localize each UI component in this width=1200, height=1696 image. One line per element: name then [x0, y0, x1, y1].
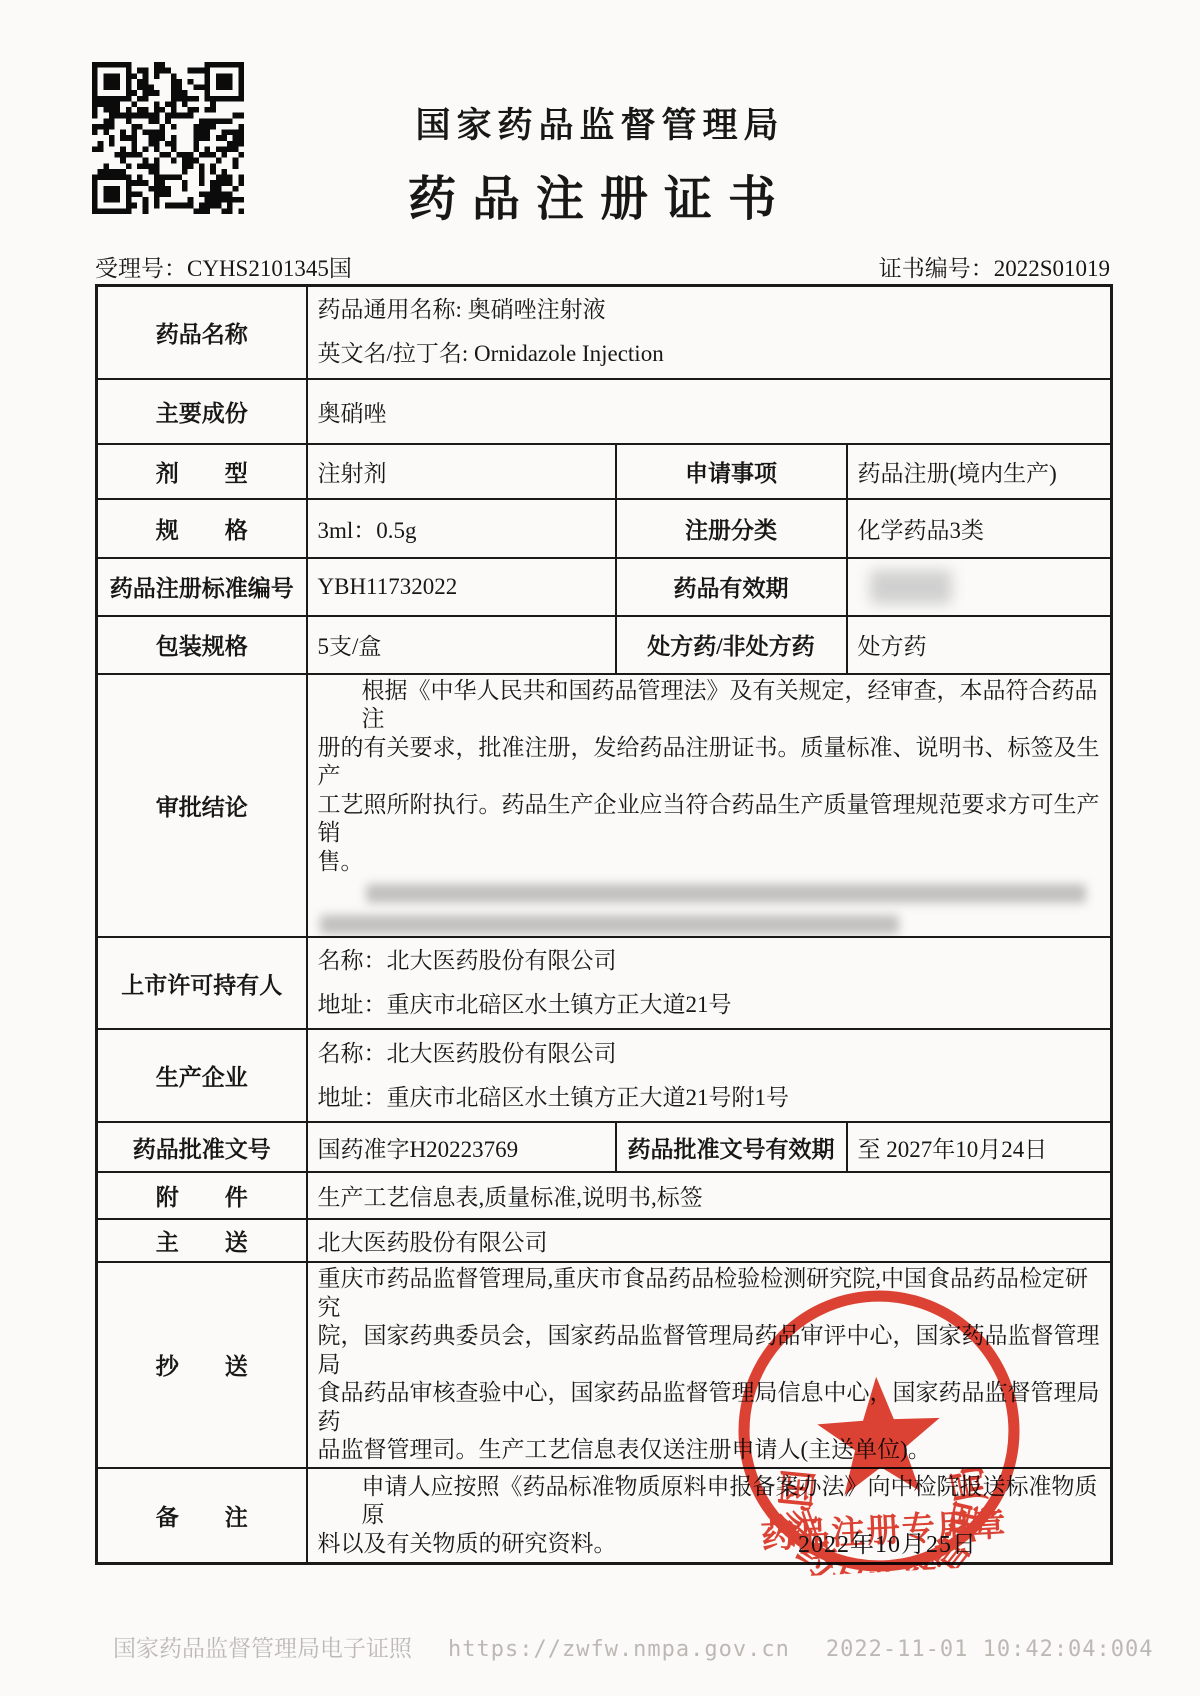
- approval-conclusion-label: 审批结论: [97, 674, 307, 938]
- footer-url: https://zwfw.nmpa.gov.cn: [448, 1637, 790, 1662]
- attachments-label: 附 件: [97, 1172, 307, 1219]
- row-approval-conclusion: 审批结论 根据《中华人民共和国药品管理法》及有关规定，经审查，本品符合药品注 册…: [97, 674, 1112, 938]
- manufacturer-value: 名称：北大医药股份有限公司 地址：重庆市北碚区水土镇方正大道21号附1号: [307, 1029, 1112, 1122]
- row-package: 包装规格 5支/盒 处方药/非处方药 处方药: [97, 616, 1112, 674]
- holder-address: 地址：重庆市北碚区水土镇方正大道21号: [318, 990, 1101, 1020]
- row-dosage-form: 剂 型 注射剂 申请事项 药品注册(境内生产): [97, 444, 1112, 499]
- remarks-label: 备 注: [97, 1468, 307, 1564]
- approval-no-label: 药品批准文号: [97, 1122, 307, 1172]
- seal-date: 2022年10月25日: [798, 1524, 977, 1559]
- row-standard-no: 药品注册标准编号 YBH11732022 药品有效期: [97, 558, 1112, 616]
- row-approval-no: 药品批准文号 国药准字H20223769 药品批准文号有效期 至 2027年10…: [97, 1122, 1112, 1172]
- validity-value: [847, 558, 1112, 616]
- row-manufacturer: 生产企业 名称：北大医药股份有限公司 地址：重庆市北碚区水土镇方正大道21号附1…: [97, 1029, 1112, 1122]
- reg-class-value: 化学药品3类: [847, 499, 1112, 558]
- acceptance-label: 受理号：: [95, 256, 187, 281]
- page-title: 药品注册证书: [0, 160, 1200, 229]
- rx-value: 处方药: [847, 616, 1112, 674]
- package-label: 包装规格: [97, 616, 307, 674]
- cc-label: 抄 送: [97, 1262, 307, 1468]
- holder-label: 上市许可持有人: [97, 937, 307, 1029]
- drug-name-value: 药品通用名称: 奥硝唑注射液 英文名/拉丁名: Ornidazole Injec…: [307, 286, 1112, 379]
- approval-line: 根据《中华人民共和国药品管理法》及有关规定，经审查，本品符合药品注: [318, 677, 1101, 734]
- redacted-validity-blur: [870, 570, 952, 604]
- row-drug-name: 药品名称 药品通用名称: 奥硝唑注射液 英文名/拉丁名: Ornidazole …: [97, 286, 1112, 379]
- row-spec: 规 格 3ml：0.5g 注册分类 化学药品3类: [97, 499, 1112, 558]
- redacted-text-blur: [366, 884, 1087, 903]
- row-attachments: 附 件 生产工艺信息表,质量标准,说明书,标签: [97, 1172, 1112, 1219]
- drug-english-name: 英文名/拉丁名: Ornidazole Injection: [318, 339, 1101, 369]
- row-main-ingredient: 主要成份 奥硝唑: [97, 379, 1112, 444]
- certificate-value: 2022S01019: [994, 256, 1110, 281]
- spec-label: 规 格: [97, 499, 307, 558]
- standard-no-label: 药品注册标准编号: [97, 558, 307, 616]
- main-ingredient-value: 奥硝唑: [307, 379, 1112, 444]
- row-main-send: 主 送 北大医药股份有限公司: [97, 1219, 1112, 1262]
- dosage-form-value: 注射剂: [307, 444, 616, 499]
- approval-line: 册的有关要求，批准注册，发给药品注册证书。质量标准、说明书、标签及生产: [318, 734, 1101, 791]
- agency-title: 国家药品监督管理局: [0, 98, 1200, 148]
- standard-no-value: YBH11732022: [307, 558, 616, 616]
- attachments-value: 生产工艺信息表,质量标准,说明书,标签: [307, 1172, 1112, 1219]
- approval-no-validity-value: 至 2027年10月24日: [847, 1122, 1112, 1172]
- package-value: 5支/盒: [307, 616, 616, 674]
- row-holder: 上市许可持有人 名称：北大医药股份有限公司 地址：重庆市北碚区水土镇方正大道21…: [97, 937, 1112, 1029]
- certificate-number: 证书编号：2022S01019: [879, 250, 1110, 283]
- approval-no-value: 国药准字H20223769: [307, 1122, 616, 1172]
- rx-label: 处方药/非处方药: [616, 616, 847, 674]
- manufacturer-label: 生产企业: [97, 1029, 307, 1122]
- main-send-value: 北大医药股份有限公司: [307, 1219, 1112, 1262]
- footer: 国家药品监督管理局电子证照 https://zwfw.nmpa.gov.cn 2…: [113, 1630, 1113, 1663]
- approval-no-validity-label: 药品批准文号有效期: [616, 1122, 847, 1172]
- application-label: 申请事项: [616, 444, 847, 499]
- drug-generic-name: 药品通用名称: 奥硝唑注射液: [318, 295, 1101, 325]
- meta-line: 受理号：CYHS2101345国 证书编号：2022S01019: [95, 250, 1110, 283]
- certificate-label: 证书编号：: [879, 256, 994, 281]
- drug-name-label: 药品名称: [97, 286, 307, 379]
- holder-value: 名称：北大医药股份有限公司 地址：重庆市北碚区水土镇方正大道21号: [307, 937, 1112, 1029]
- manufacturer-name: 名称：北大医药股份有限公司: [318, 1039, 1101, 1069]
- application-value: 药品注册(境内生产): [847, 444, 1112, 499]
- dosage-form-label: 剂 型: [97, 444, 307, 499]
- footer-issuer: 国家药品监督管理局电子证照: [113, 1630, 412, 1663]
- footer-timestamp: 2022-11-01 10:42:04:004: [826, 1637, 1154, 1662]
- redacted-text-blur: [320, 915, 899, 934]
- acceptance-number: 受理号：CYHS2101345国: [95, 250, 352, 283]
- validity-label: 药品有效期: [616, 558, 847, 616]
- manufacturer-address: 地址：重庆市北碚区水土镇方正大道21号附1号: [318, 1083, 1101, 1113]
- holder-name: 名称：北大医药股份有限公司: [318, 946, 1101, 976]
- main-ingredient-label: 主要成份: [97, 379, 307, 444]
- approval-line: 工艺照所附执行。药品生产企业应当符合药品生产质量管理规范要求方可生产销: [318, 791, 1101, 848]
- approval-line: 售。: [318, 848, 1101, 877]
- seal-star-icon: [815, 1373, 944, 1496]
- reg-class-label: 注册分类: [616, 499, 847, 558]
- spec-value: 3ml：0.5g: [307, 499, 616, 558]
- acceptance-value: CYHS2101345国: [187, 256, 352, 281]
- main-send-label: 主 送: [97, 1219, 307, 1262]
- approval-conclusion-value: 根据《中华人民共和国药品管理法》及有关规定，经审查，本品符合药品注 册的有关要求…: [307, 674, 1112, 938]
